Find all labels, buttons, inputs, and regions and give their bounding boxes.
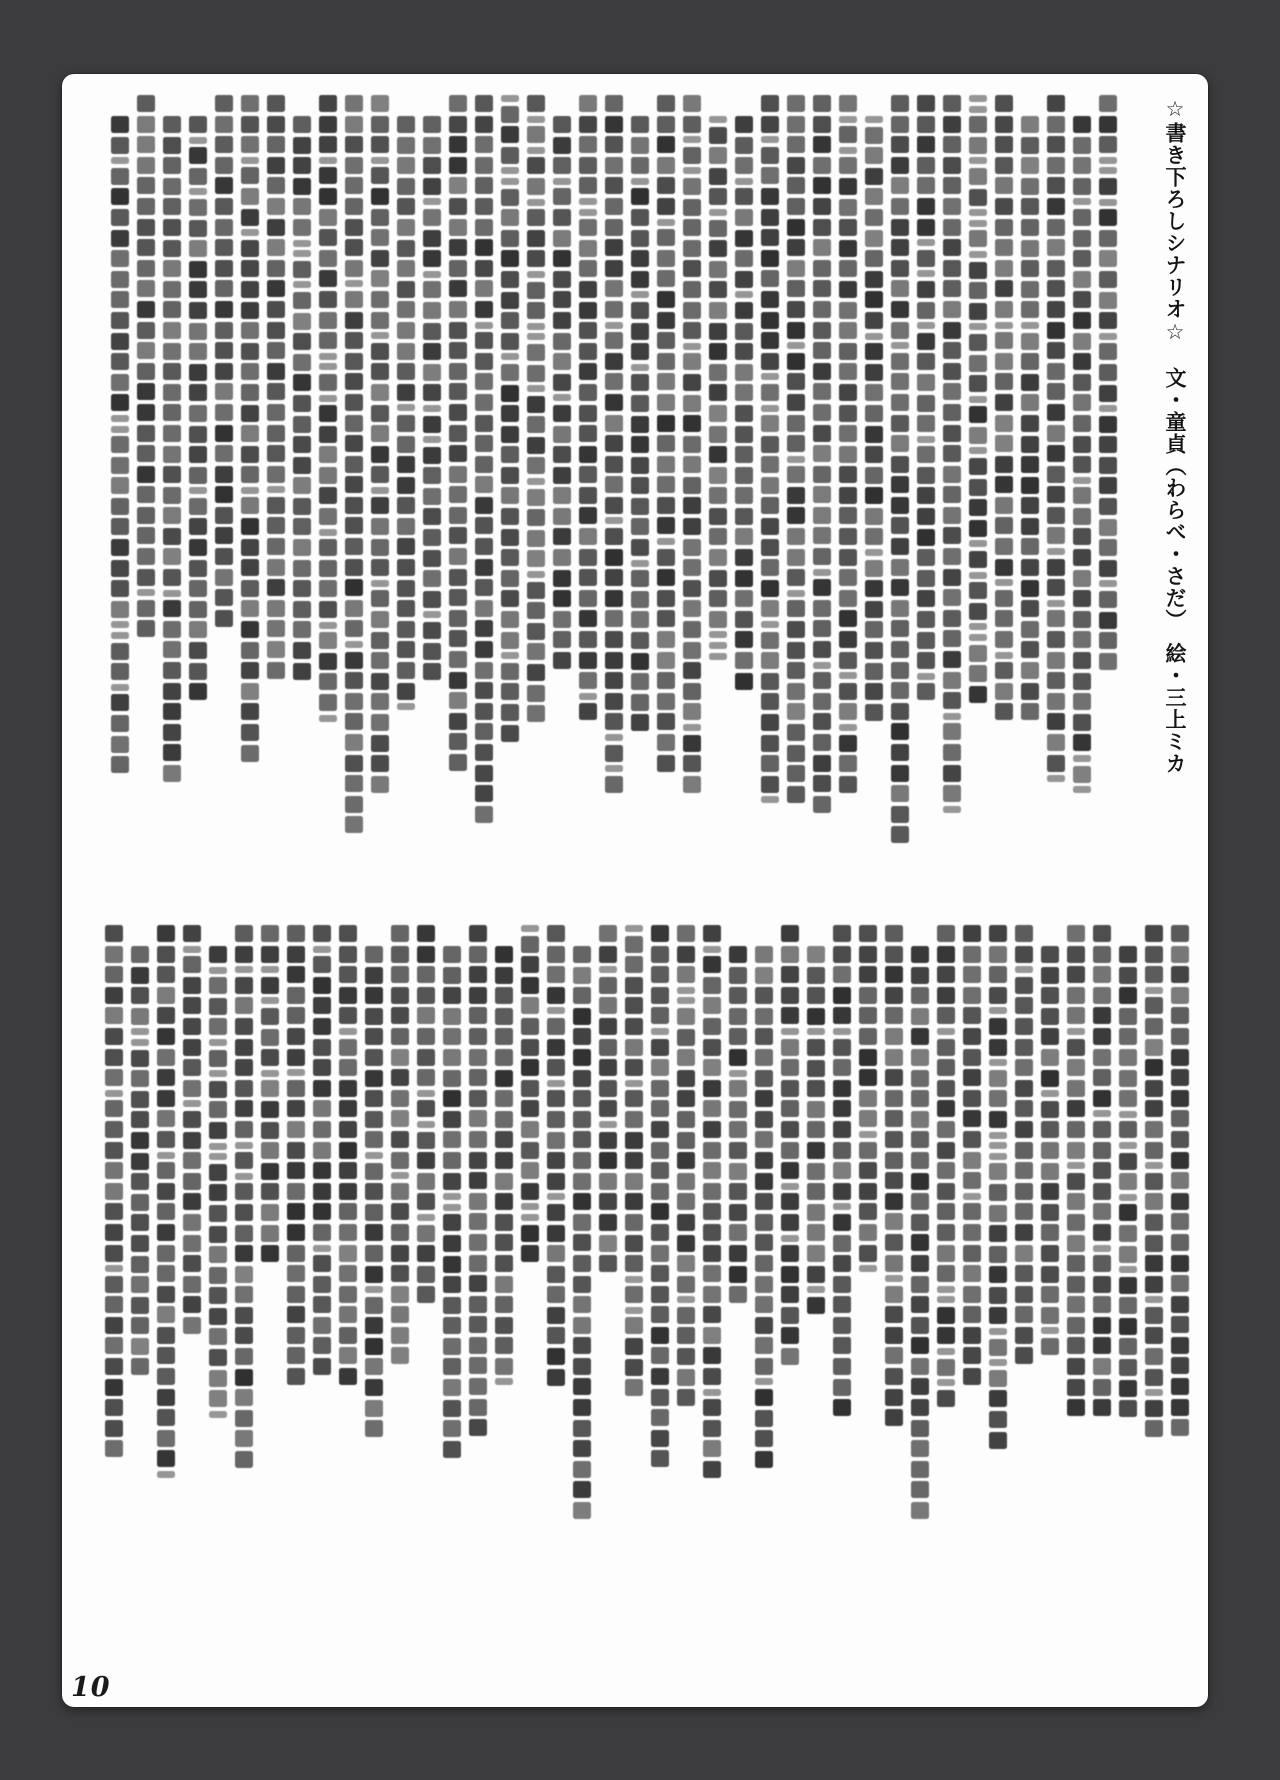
glyph-cell — [735, 188, 753, 205]
glyph-cell — [989, 946, 1007, 963]
glyph-cell — [527, 199, 545, 206]
redacted-text-column — [629, 116, 650, 731]
glyph-cell — [781, 1307, 799, 1324]
glyph-cell — [189, 323, 207, 340]
glyph-cell — [137, 466, 155, 483]
redacted-text-column — [753, 946, 774, 1468]
glyph-cell — [651, 1409, 669, 1426]
glyph-cell — [989, 1287, 1007, 1304]
glyph-cell — [521, 1100, 539, 1117]
glyph-cell — [605, 476, 623, 493]
redacted-text-column — [707, 116, 728, 660]
glyph-cell — [345, 280, 363, 287]
glyph-cell — [729, 1224, 747, 1241]
glyph-cell — [963, 946, 981, 963]
glyph-cell — [105, 1203, 123, 1220]
redacted-text-column — [441, 946, 462, 1458]
glyph-cell — [241, 745, 259, 762]
glyph-cell — [657, 219, 675, 226]
glyph-cell — [1047, 116, 1065, 133]
glyph-cell — [1119, 1400, 1137, 1417]
glyph-cell — [995, 353, 1013, 370]
glyph-cell — [1073, 209, 1091, 226]
glyph-cell — [579, 302, 597, 319]
glyph-cell — [501, 167, 519, 174]
glyph-cell — [755, 1410, 773, 1427]
glyph-cell — [729, 1070, 747, 1077]
glyph-cell — [677, 1255, 695, 1272]
glyph-cell — [313, 1121, 331, 1138]
glyph-cell — [287, 1121, 305, 1138]
glyph-cell — [443, 1420, 461, 1437]
glyph-cell — [391, 1172, 409, 1179]
glyph-cell — [547, 1090, 565, 1107]
glyph-cell — [293, 663, 311, 680]
glyph-cell — [371, 559, 389, 576]
glyph-cell — [1119, 1297, 1137, 1314]
glyph-cell — [475, 744, 493, 761]
glyph-cell — [579, 281, 597, 298]
glyph-cell — [521, 1059, 539, 1076]
glyph-cell — [443, 1256, 461, 1273]
glyph-cell — [963, 1286, 981, 1303]
glyph-cell — [969, 479, 987, 496]
glyph-cell — [1021, 477, 1039, 494]
glyph-cell — [267, 466, 285, 483]
glyph-cell — [677, 1327, 695, 1344]
glyph-cell — [215, 425, 233, 442]
glyph-cell — [995, 95, 1013, 112]
glyph-cell — [209, 1039, 227, 1046]
glyph-cell — [215, 404, 233, 421]
glyph-cell — [241, 363, 259, 380]
glyph-cell — [475, 219, 493, 236]
glyph-cell — [1171, 1337, 1189, 1354]
glyph-cell — [1099, 136, 1117, 153]
glyph-cell — [989, 1370, 1007, 1387]
glyph-cell — [163, 662, 181, 679]
glyph-cell — [781, 1142, 799, 1159]
glyph-cell — [969, 406, 987, 423]
glyph-cell — [267, 157, 285, 174]
glyph-cell — [839, 652, 857, 669]
glyph-cell — [501, 704, 519, 721]
glyph-cell — [995, 177, 1013, 194]
glyph-cell — [813, 527, 831, 544]
glyph-cell — [475, 600, 493, 617]
glyph-cell — [111, 374, 129, 391]
glyph-cell — [859, 1265, 877, 1272]
glyph-cell — [761, 456, 779, 473]
glyph-cell — [605, 95, 623, 112]
glyph-cell — [449, 733, 467, 750]
glyph-cell — [527, 126, 545, 143]
glyph-cell — [573, 1111, 591, 1128]
glyph-cell — [1047, 177, 1065, 194]
glyph-cell — [781, 1162, 799, 1179]
glyph-cell — [391, 1183, 409, 1200]
glyph-cell — [1041, 1121, 1059, 1138]
glyph-cell — [111, 209, 129, 226]
glyph-cell — [605, 734, 623, 741]
glyph-cell — [469, 1399, 487, 1416]
glyph-cell — [105, 946, 123, 963]
glyph-cell — [261, 977, 279, 994]
glyph-cell — [235, 1142, 253, 1149]
glyph-cell — [547, 1193, 565, 1200]
glyph-cell — [911, 1481, 929, 1498]
glyph-cell — [709, 631, 727, 638]
glyph-cell — [137, 198, 155, 215]
glyph-cell — [189, 601, 207, 618]
glyph-cell — [709, 302, 727, 319]
glyph-cell — [813, 796, 831, 813]
glyph-cell — [917, 177, 935, 194]
glyph-cell — [1047, 775, 1065, 782]
glyph-cell — [969, 303, 987, 320]
glyph-cell — [911, 1070, 929, 1087]
glyph-cell — [781, 946, 799, 963]
glyph-cell — [917, 611, 935, 628]
glyph-cell — [293, 560, 311, 577]
glyph-cell — [313, 1255, 331, 1272]
glyph-cell — [1067, 1080, 1085, 1097]
glyph-cell — [1119, 1070, 1137, 1087]
glyph-cell — [1099, 539, 1117, 556]
glyph-cell — [807, 1266, 825, 1283]
glyph-cell — [1047, 755, 1065, 772]
glyph-cell — [527, 250, 545, 267]
glyph-cell — [521, 936, 539, 953]
glyph-cell — [163, 157, 181, 174]
glyph-cell — [657, 590, 675, 607]
glyph-cell — [371, 466, 389, 483]
glyph-cell — [1015, 977, 1033, 994]
glyph-cell — [111, 312, 129, 329]
glyph-cell — [755, 1451, 773, 1468]
glyph-cell — [209, 977, 227, 994]
glyph-cell — [163, 178, 181, 195]
glyph-cell — [813, 569, 831, 576]
glyph-cell — [1171, 1028, 1189, 1045]
glyph-cell — [755, 1389, 773, 1406]
glyph-cell — [599, 1059, 617, 1076]
glyph-cell — [1119, 1111, 1137, 1118]
glyph-cell — [969, 355, 987, 372]
glyph-cell — [475, 239, 493, 256]
glyph-cell — [631, 364, 649, 371]
glyph-cell — [449, 713, 467, 730]
glyph-cell — [677, 1029, 695, 1046]
glyph-cell — [105, 1245, 123, 1262]
glyph-cell — [319, 188, 337, 205]
glyph-cell — [755, 1317, 773, 1334]
glyph-cell — [475, 559, 493, 576]
glyph-cell — [703, 1306, 721, 1323]
glyph-cell — [787, 219, 805, 236]
glyph-cell — [839, 219, 857, 236]
manga-page: ☆書き下ろしシナリオ☆ 文・童貞（わらべ・さだ） 絵・三上ミカ 10 — [62, 74, 1208, 1707]
glyph-cell — [625, 1276, 643, 1283]
glyph-cell — [709, 590, 727, 607]
glyph-cell — [859, 1162, 877, 1179]
glyph-cell — [631, 374, 649, 391]
glyph-cell — [917, 632, 935, 649]
glyph-cell — [1067, 1296, 1085, 1313]
glyph-cell — [703, 1142, 721, 1159]
redacted-text-column — [363, 946, 384, 1437]
glyph-cell — [1067, 1162, 1085, 1169]
glyph-cell — [365, 1131, 383, 1148]
glyph-cell — [943, 280, 961, 297]
glyph-cell — [677, 946, 695, 963]
glyph-cell — [235, 1018, 253, 1035]
glyph-cell — [703, 1162, 721, 1179]
glyph-cell — [735, 230, 753, 247]
glyph-cell — [755, 1049, 773, 1066]
glyph-cell — [553, 487, 571, 504]
glyph-cell — [1021, 333, 1039, 350]
glyph-cell — [1073, 477, 1091, 484]
glyph-cell — [339, 1286, 357, 1303]
glyph-cell — [475, 765, 493, 782]
glyph-cell — [553, 374, 571, 391]
glyph-cell — [469, 966, 487, 983]
glyph-cell — [651, 1183, 669, 1200]
redacted-text-column — [129, 946, 150, 1375]
glyph-cell — [189, 240, 207, 257]
glyph-cell — [573, 1049, 591, 1066]
glyph-cell — [111, 436, 129, 453]
glyph-cell — [209, 1101, 227, 1118]
glyph-cell — [1145, 1018, 1163, 1035]
glyph-cell — [781, 987, 799, 1004]
glyph-cell — [449, 116, 467, 133]
glyph-cell — [865, 467, 883, 484]
glyph-cell — [651, 1039, 669, 1056]
redacted-text-column — [1169, 925, 1190, 1436]
glyph-cell — [761, 291, 779, 308]
glyph-cell — [365, 1028, 383, 1045]
glyph-cell — [397, 343, 415, 360]
glyph-cell — [267, 95, 285, 112]
glyph-cell — [365, 1400, 383, 1417]
glyph-cell — [449, 136, 467, 153]
glyph-cell — [235, 1430, 253, 1447]
glyph-cell — [1015, 1224, 1033, 1241]
glyph-cell — [241, 580, 259, 597]
glyph-cell — [807, 1204, 825, 1221]
glyph-cell — [157, 925, 175, 942]
glyph-cell — [781, 1007, 799, 1024]
glyph-cell — [475, 301, 493, 318]
glyph-cell — [371, 188, 389, 205]
glyph-cell — [839, 281, 857, 298]
glyph-cell — [885, 1327, 903, 1344]
redacted-text-column — [727, 946, 748, 1303]
glyph-cell — [1021, 436, 1039, 453]
glyph-cell — [157, 1368, 175, 1385]
glyph-cell — [553, 446, 571, 463]
glyph-cell — [709, 127, 727, 144]
glyph-cell — [391, 1090, 409, 1107]
glyph-cell — [235, 1410, 253, 1427]
glyph-cell — [995, 662, 1013, 679]
glyph-cell — [755, 1337, 773, 1354]
glyph-cell — [345, 332, 363, 349]
glyph-cell — [449, 486, 467, 503]
glyph-cell — [631, 209, 649, 226]
glyph-cell — [235, 1389, 253, 1406]
glyph-cell — [319, 632, 337, 649]
glyph-cell — [287, 1306, 305, 1323]
glyph-cell — [885, 1049, 903, 1066]
glyph-cell — [527, 282, 545, 299]
glyph-cell — [605, 177, 623, 194]
glyph-cell — [397, 703, 415, 710]
glyph-cell — [365, 1224, 383, 1241]
glyph-cell — [449, 301, 467, 318]
glyph-cell — [839, 487, 857, 504]
glyph-cell — [631, 291, 649, 298]
glyph-cell — [1073, 312, 1091, 329]
glyph-cell — [241, 157, 259, 164]
glyph-cell — [339, 925, 357, 942]
glyph-cell — [319, 673, 337, 690]
glyph-cell — [657, 116, 675, 133]
glyph-cell — [501, 529, 519, 546]
glyph-cell — [137, 95, 155, 112]
glyph-cell — [1171, 987, 1189, 1004]
glyph-cell — [579, 260, 597, 277]
glyph-cell — [105, 1337, 123, 1354]
glyph-cell — [1145, 1389, 1163, 1396]
glyph-cell — [1093, 1337, 1111, 1354]
glyph-cell — [391, 925, 409, 942]
glyph-cell — [501, 570, 519, 587]
glyph-cell — [631, 498, 649, 515]
glyph-cell — [969, 396, 987, 403]
glyph-cell — [677, 987, 695, 994]
glyph-cell — [183, 1080, 201, 1097]
glyph-cell — [131, 987, 149, 1004]
glyph-cell — [131, 946, 149, 963]
glyph-cell — [735, 446, 753, 463]
glyph-cell — [911, 1337, 929, 1354]
glyph-cell — [683, 518, 701, 535]
glyph-cell — [423, 302, 441, 319]
glyph-cell — [625, 1307, 643, 1314]
glyph-cell — [449, 507, 467, 524]
glyph-cell — [891, 260, 909, 277]
glyph-cell — [573, 1378, 591, 1395]
glyph-cell — [1067, 1173, 1085, 1190]
glyph-cell — [839, 446, 857, 463]
glyph-cell — [735, 570, 753, 587]
glyph-cell — [833, 925, 851, 942]
glyph-cell — [423, 663, 441, 680]
glyph-cell — [449, 527, 467, 544]
glyph-cell — [761, 652, 779, 669]
glyph-cell — [397, 683, 415, 700]
glyph-cell — [189, 364, 207, 381]
glyph-cell — [345, 291, 363, 308]
glyph-cell — [813, 383, 831, 400]
glyph-cell — [1047, 579, 1065, 596]
glyph-cell — [605, 157, 623, 174]
glyph-cell — [683, 580, 701, 597]
glyph-cell — [735, 590, 753, 607]
glyph-cell — [943, 610, 961, 627]
glyph-cell — [839, 425, 857, 442]
glyph-cell — [625, 1018, 643, 1035]
glyph-cell — [605, 517, 623, 524]
glyph-cell — [573, 1337, 591, 1354]
glyph-cell — [989, 1059, 1007, 1066]
glyph-cell — [839, 343, 857, 360]
glyph-cell — [865, 147, 883, 164]
glyph-cell — [631, 632, 649, 649]
glyph-cell — [599, 1132, 617, 1149]
glyph-cell — [469, 1316, 487, 1333]
glyph-cell — [137, 177, 155, 194]
glyph-cell — [1041, 1028, 1059, 1045]
glyph-cell — [989, 1090, 1007, 1107]
glyph-cell — [105, 1358, 123, 1375]
glyph-cell — [209, 1184, 227, 1201]
glyph-cell — [105, 1296, 123, 1313]
glyph-cell — [339, 946, 357, 963]
glyph-cell — [859, 1245, 877, 1262]
glyph-cell — [475, 703, 493, 720]
glyph-cell — [969, 323, 987, 330]
glyph-cell — [761, 632, 779, 649]
glyph-cell — [709, 426, 727, 443]
glyph-cell — [657, 734, 675, 751]
glyph-cell — [1047, 600, 1065, 607]
glyph-cell — [287, 1183, 305, 1200]
glyph-cell — [293, 292, 311, 309]
glyph-cell — [215, 301, 233, 318]
glyph-cell — [495, 1152, 513, 1169]
glyph-cell — [761, 312, 779, 329]
glyph-cell — [189, 168, 207, 185]
glyph-cell — [527, 95, 545, 112]
glyph-cell — [937, 925, 955, 942]
glyph-cell — [1021, 415, 1039, 432]
glyph-cell — [677, 1111, 695, 1128]
glyph-cell — [995, 631, 1013, 648]
glyph-cell — [365, 1379, 383, 1396]
glyph-cell — [677, 1214, 695, 1231]
glyph-cell — [787, 621, 805, 638]
glyph-cell — [969, 282, 987, 299]
glyph-cell — [787, 662, 805, 679]
glyph-cell — [287, 1347, 305, 1364]
glyph-cell — [449, 466, 467, 483]
glyph-cell — [267, 538, 285, 555]
redacted-text-column — [473, 95, 494, 823]
glyph-cell — [111, 116, 129, 133]
glyph-cell — [995, 538, 1013, 555]
glyph-cell — [475, 785, 493, 802]
glyph-cell — [1073, 693, 1091, 710]
glyph-cell — [495, 987, 513, 1004]
redacted-text-column — [421, 116, 442, 680]
glyph-cell — [241, 425, 259, 442]
glyph-cell — [391, 1049, 409, 1066]
glyph-cell — [651, 1286, 669, 1303]
